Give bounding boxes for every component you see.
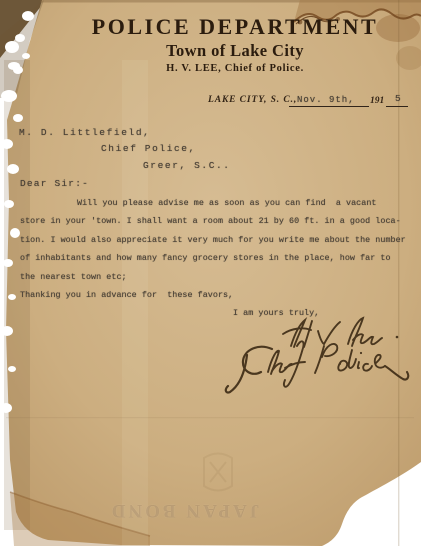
signature-block: H.V. Lee. Chief Police — [0, 0, 421, 546]
signature-name-text: H.V. Lee. — [0, 0, 1, 1]
paper-brand-watermark: JAPAN BOND — [104, 499, 264, 521]
signature-handwriting — [0, 0, 421, 546]
scanned-letter-page: POLICE DEPARTMENT Town of Lake City H. V… — [0, 0, 421, 546]
signature-title-text: Chief Police — [0, 0, 1, 1]
